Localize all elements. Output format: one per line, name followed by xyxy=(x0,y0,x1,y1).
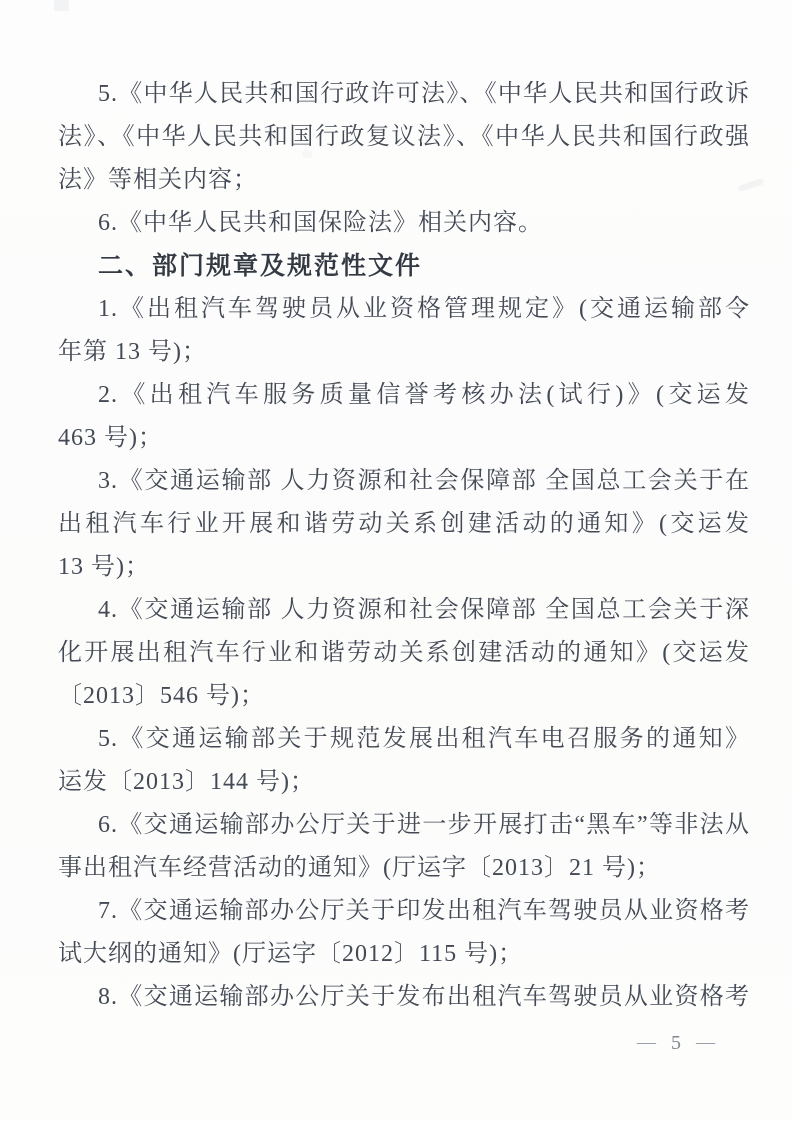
text-line: 6.《中华人民共和国保险法》相关内容。 xyxy=(58,203,750,246)
text-line: 试大纲的通知》(厅运字〔2012〕115 号)； xyxy=(58,934,750,977)
text-line: 运发〔2013〕144 号)； xyxy=(58,762,750,805)
document-body: 5.《中华人民共和国行政许可法》、《中华人民共和国行政诉讼 法》、《中华人民共和… xyxy=(58,74,750,1020)
page-number-dash-right: — xyxy=(696,1030,715,1056)
scan-artifact xyxy=(54,0,69,11)
text-line: 2.《出租汽车服务质量信誉考核办法(试行)》(交运发〔2011〕 xyxy=(58,375,750,418)
text-line: 法》等相关内容； xyxy=(58,160,750,203)
document-page: 5.《中华人民共和国行政许可法》、《中华人民共和国行政诉讼 法》、《中华人民共和… xyxy=(0,0,792,1121)
text-line: 3.《交通运输部 人力资源和社会保障部 全国总工会关于在 xyxy=(58,461,750,504)
text-line: 463 号)； xyxy=(58,418,750,461)
text-line: 1.《出租汽车驾驶员从业资格管理规定》(交通运输部令 2011 xyxy=(58,289,750,332)
text-line: 7.《交通运输部办公厅关于印发出租汽车驾驶员从业资格考 xyxy=(58,891,750,934)
page-number-value: 5 xyxy=(671,1030,681,1056)
text-line: 5.《中华人民共和国行政许可法》、《中华人民共和国行政诉讼 xyxy=(58,74,750,117)
text-line: 年第 13 号)； xyxy=(58,332,750,375)
text-line: 法》、《中华人民共和国行政复议法》、《中华人民共和国行政强制 xyxy=(58,117,750,160)
text-line: 8.《交通运输部办公厅关于发布出租汽车驾驶员从业资格考 xyxy=(58,977,750,1020)
text-line: 5.《交通运输部关于规范发展出租汽车电召服务的通知》(交 xyxy=(58,719,750,762)
text-line: 6.《交通运输部办公厅关于进一步开展打击“黑车”等非法从 xyxy=(58,805,750,848)
page-number: — 5 — xyxy=(637,1030,715,1056)
text-line: 出租汽车行业开展和谐劳动关系创建活动的通知》(交运发〔2012〕 xyxy=(58,504,750,547)
text-line: 事出租汽车经营活动的通知》(厅运字〔2013〕21 号)； xyxy=(58,848,750,891)
text-line: 13 号)； xyxy=(58,547,750,590)
text-line: 化开展出租汽车行业和谐劳动关系创建活动的通知》(交运发 xyxy=(58,633,750,676)
page-number-dash-left: — xyxy=(637,1030,656,1056)
text-line: 〔2013〕546 号)； xyxy=(58,676,750,719)
text-line: 4.《交通运输部 人力资源和社会保障部 全国总工会关于深 xyxy=(58,590,750,633)
section-heading: 二、部门规章及规范性文件 xyxy=(58,246,750,289)
